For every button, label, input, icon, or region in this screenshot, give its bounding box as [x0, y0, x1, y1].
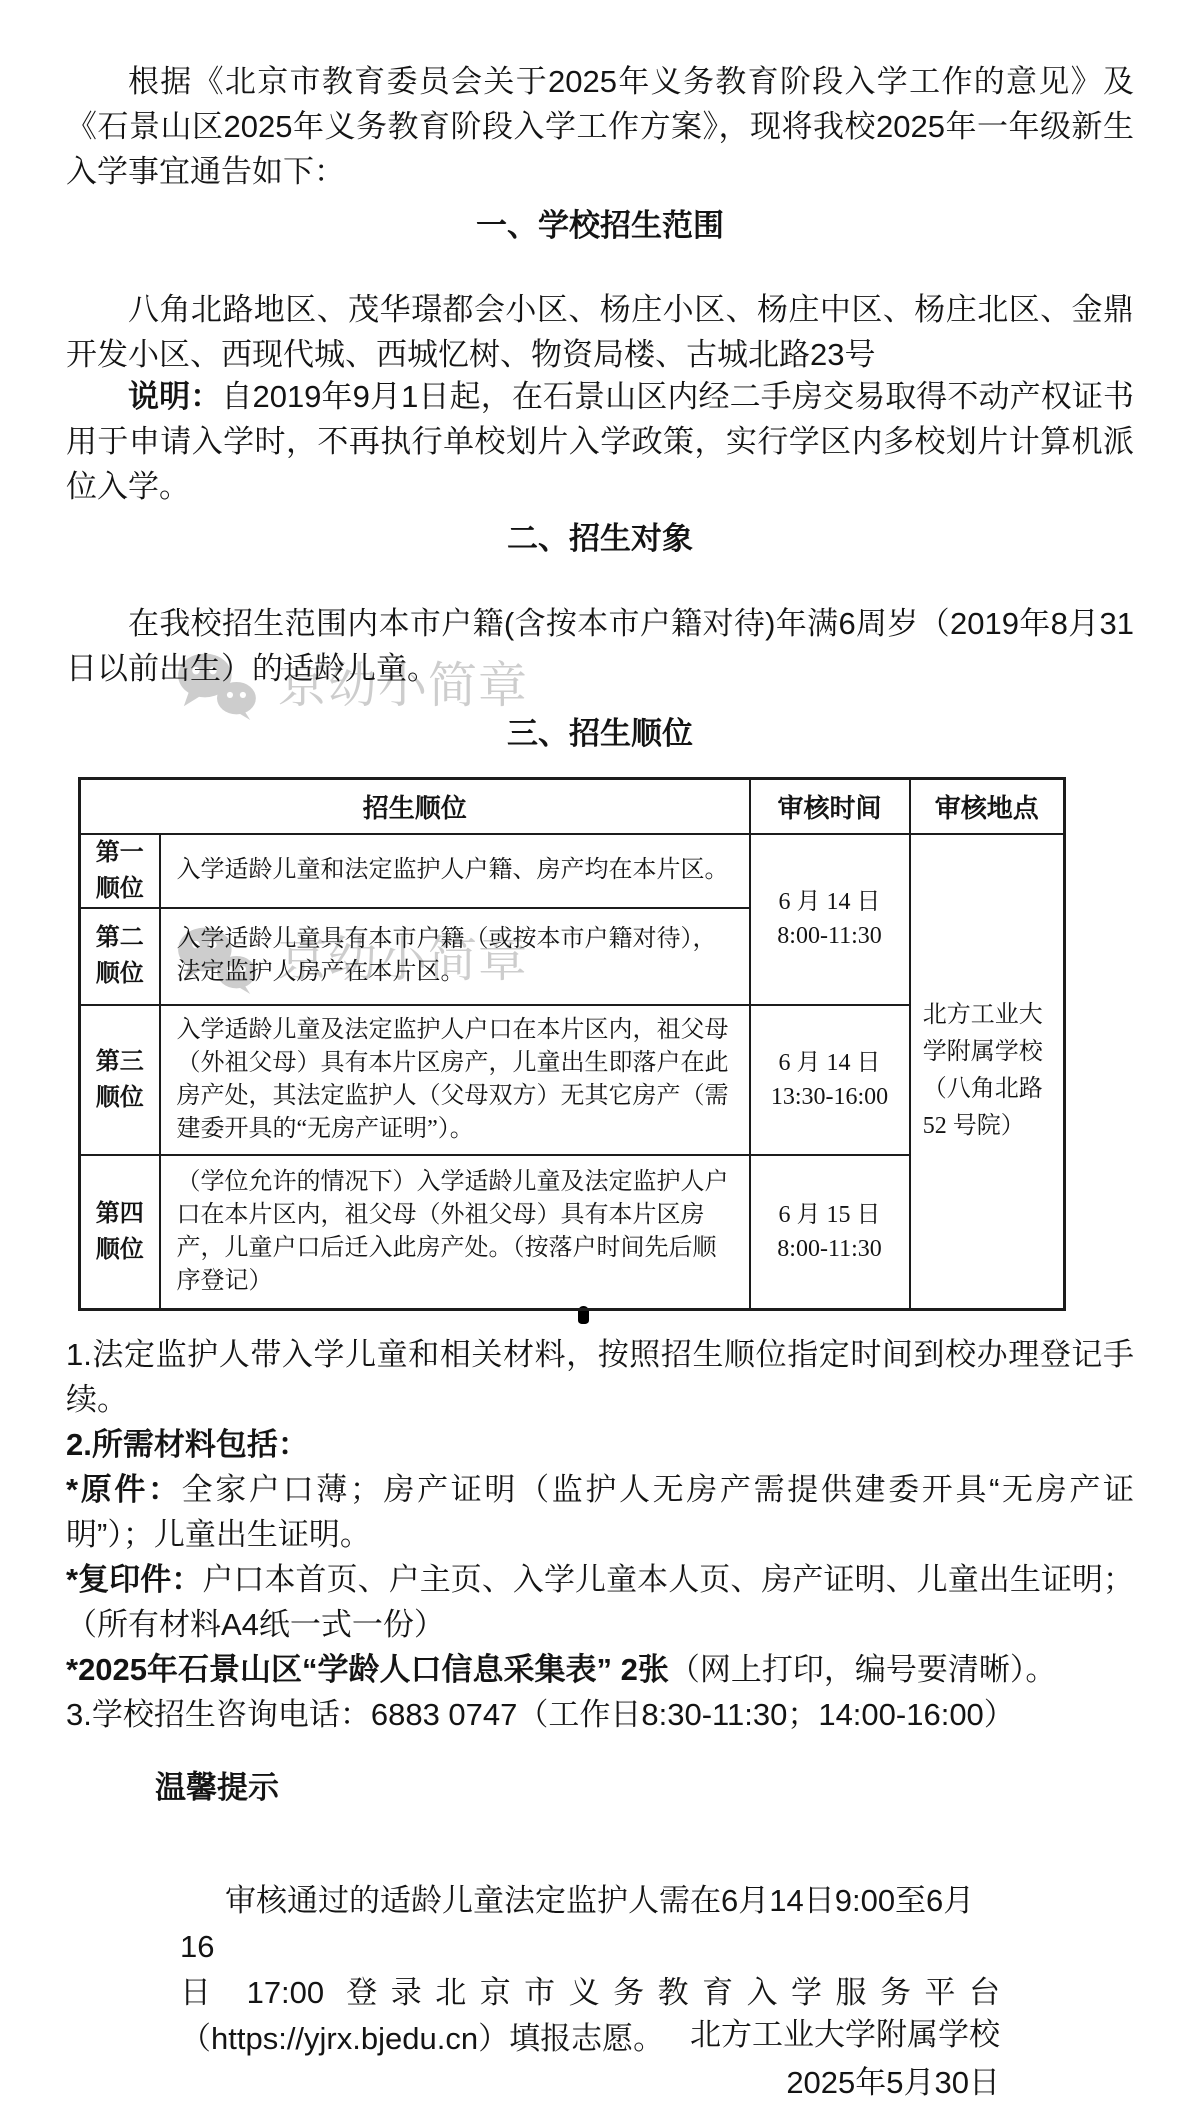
signature-date: 2025年5月30日	[180, 2060, 1000, 2106]
copies-body: 户口本首页、户主页、入学儿童本人页、房产证明、儿童出生证明；（所有材料A4纸一式…	[66, 1562, 1134, 1642]
place-cell: 北方工业大学附属学校（八角北路52 号院）	[910, 834, 1065, 1310]
intro-paragraph: 根据《北京市教育委员会关于2025年义务教育阶段入学工作的意见》及《石景山区20…	[66, 59, 1134, 194]
enrollment-scope-paragraph: 八角北路地区、茂华璟都会小区、杨庄小区、杨庄中区、杨庄北区、金鼎开发小区、西现代…	[66, 287, 1134, 377]
originals-body: 全家户口薄；房产证明（监护人无房产需提供建委开具“无房产证明”）；儿童出生证明。	[66, 1472, 1134, 1552]
time-cell-1: 6 月 14 日 8:00-11:30	[750, 834, 910, 1005]
tips-heading: 温馨提示	[155, 1765, 279, 1810]
signature-school: 北方工业大学附属学校	[180, 2012, 1000, 2058]
note-body: 自2019年9月1日起，在石景山区内经二手房交易取得不动产权证书用于申请入学时，…	[66, 379, 1134, 504]
table-header-row: 招生顺位 审核时间 审核地点	[80, 779, 1065, 834]
table-row: 第一顺位 入学适龄儿童和法定监护人户籍、房产均在本片区。 6 月 14 日 8:…	[80, 834, 1065, 908]
notes-section: 1.法定监护人带入学儿童和相关材料，按照招生顺位指定时间到校办理登记手续。 2.…	[66, 1332, 1134, 1737]
census-form-body: （网上打印，编号要清晰）。	[669, 1652, 1057, 1687]
originals-label: *原件：	[66, 1472, 182, 1507]
time-cell-3: 6 月 15 日 8:00-11:30	[750, 1155, 910, 1310]
note-copies: *复印件：户口本首页、户主页、入学儿童本人页、房产证明、儿童出生证明；（所有材料…	[66, 1557, 1134, 1647]
target-children-paragraph: 在我校招生范围内本市户籍(含按本市户籍对待)年满6周岁（2019年8月31日以前…	[66, 601, 1134, 691]
priority-table: 招生顺位 审核时间 审核地点 第一顺位 入学适龄儿童和法定监护人户籍、房产均在本…	[78, 777, 1066, 1311]
priority-2-label: 第二顺位	[80, 908, 160, 1005]
section1-heading: 一、学校招生范围	[0, 203, 1200, 248]
tips-line: 日 17:00 登录北京市义务教育入学服务平台	[180, 1970, 1000, 2016]
note-phone: 3.学校招生咨询电话：6883 0747（工作日8:30-11:30；14:00…	[66, 1692, 1134, 1737]
time-range: 13:30-16:00	[755, 1080, 905, 1114]
note-census-form: *2025年石景山区“学龄人口信息采集表” 2张（网上打印，编号要清晰）。	[66, 1647, 1134, 1692]
note-procedure: 1.法定监护人带入学儿童和相关材料，按照招生顺位指定时间到校办理登记手续。	[66, 1332, 1134, 1422]
note-materials-heading: 2.所需材料包括：	[66, 1422, 1134, 1467]
priority-1-label: 第一顺位	[80, 834, 160, 908]
tips-line: 审核通过的适龄儿童法定监护人需在6月14日9:00至6月16	[180, 1878, 1000, 1970]
time-date: 6 月 15 日	[755, 1198, 905, 1232]
time-cell-2: 6 月 14 日 13:30-16:00	[750, 1005, 910, 1155]
header-time: 审核时间	[750, 779, 910, 834]
header-place: 审核地点	[910, 779, 1065, 834]
census-form-label: *2025年石景山区“学龄人口信息采集表” 2张	[66, 1652, 669, 1687]
priority-1-desc: 入学适龄儿童和法定监护人户籍、房产均在本片区。	[160, 834, 750, 908]
note-label: 说明：	[128, 379, 221, 414]
time-range: 8:00-11:30	[755, 919, 905, 953]
priority-4-label: 第四顺位	[80, 1155, 160, 1310]
priority-4-desc: （学位允许的情况下）入学适龄儿童及法定监护人户口在本片区内，祖父母（外祖父母）具…	[160, 1155, 750, 1310]
time-date: 6 月 14 日	[755, 1046, 905, 1080]
section2-heading: 二、招生对象	[0, 516, 1200, 561]
section3-heading: 三、招生顺位	[0, 711, 1200, 756]
time-range: 8:00-11:30	[755, 1232, 905, 1266]
priority-2-desc: 入学适龄儿童具有本市户籍（或按本市户籍对待），法定监护人房产在本片区。	[160, 908, 750, 1005]
place-text: 北方工业大学附属学校（八角北路52 号院）	[923, 997, 1051, 1145]
note-originals: *原件：全家户口薄；房产证明（监护人无房产需提供建委开具“无房产证明”）；儿童出…	[66, 1467, 1134, 1557]
scope-note-paragraph: 说明：自2019年9月1日起，在石景山区内经二手房交易取得不动产权证书用于申请入…	[66, 374, 1134, 509]
priority-3-desc: 入学适龄儿童及法定监护人户口在本片区内，祖父母（外祖父母）具有本片区房产，儿童出…	[160, 1005, 750, 1155]
priority-3-label: 第三顺位	[80, 1005, 160, 1155]
header-order: 招生顺位	[80, 779, 750, 834]
copies-label: *复印件：	[66, 1562, 202, 1597]
time-date: 6 月 14 日	[755, 885, 905, 919]
notice-document: 京幼小简章 京幼小简章 根据《北京市教育委员会关于2025年义务教育阶段入学工作…	[0, 0, 1200, 2117]
